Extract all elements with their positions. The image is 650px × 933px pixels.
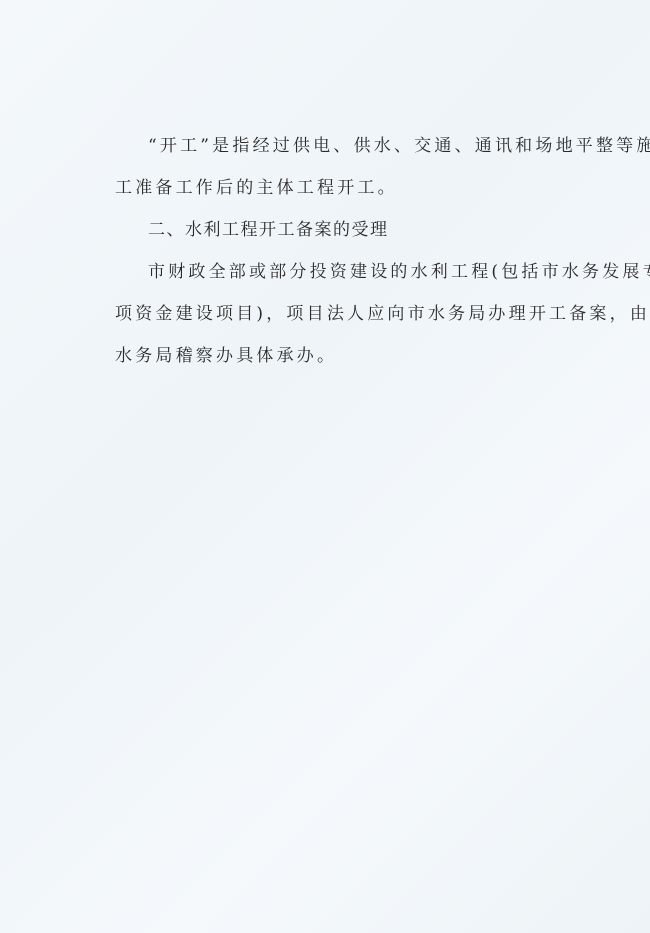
paragraph-line: 市财政全部或部分投资建设的水利工程(包括市水务发展专	[148, 261, 650, 283]
section-heading-2: 二、水利工程开工备案的受理	[148, 219, 389, 241]
paragraph-line: 水务局稽察办具体承办。	[115, 345, 337, 367]
paragraph-line: 工准备工作后的主体工程开工。	[115, 177, 398, 199]
paragraph-line: 项资金建设项目)，项目法人应向市水务局办理开工备案，由市	[115, 303, 650, 325]
paragraph-line: “开工”是指经过供电、供水、交通、通讯和场地平整等施	[148, 135, 650, 157]
document-page: “开工”是指经过供电、供水、交通、通讯和场地平整等施 工准备工作后的主体工程开工…	[0, 0, 650, 933]
